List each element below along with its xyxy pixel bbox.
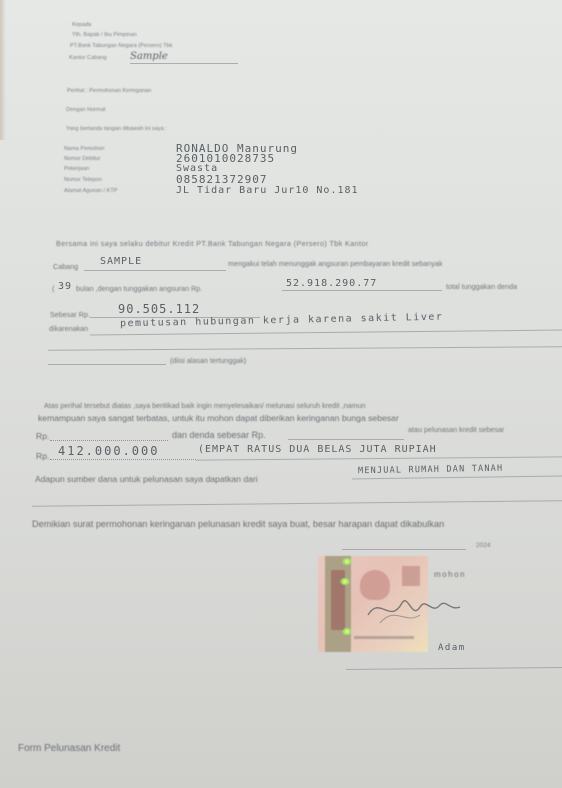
hologram-icon bbox=[342, 558, 352, 565]
atau-text: atau pelunasan kredit sebesar bbox=[408, 425, 504, 434]
recipient-line-2: Yth. Bapak / Ibu Pimpinan bbox=[72, 32, 137, 38]
field-label-occupation: Pekerjaan bbox=[64, 166, 89, 172]
source-label: Adapun sumber dana untuk pelunasan saya … bbox=[35, 474, 258, 484]
field-label-name: Nama Pemohon bbox=[64, 146, 104, 152]
statement-branch-underline bbox=[84, 270, 226, 271]
scanned-document: Kepada Yth. Bapak / Ibu Pimpinan PT.Bank… bbox=[0, 0, 562, 788]
closing-text: Demikian surat permohonan keringanan pel… bbox=[32, 519, 444, 529]
arrears-value: 52.918.290.77 bbox=[286, 278, 377, 289]
field-label-phone: Nomor Telepon bbox=[64, 177, 102, 183]
handwritten-signature bbox=[360, 585, 470, 635]
denda-label: dan denda sebesar Rp. bbox=[172, 430, 266, 440]
rp2-words: (EMPAT RATUS DUA BELAS JUTA RUPIAH bbox=[198, 444, 437, 455]
months-text: bulan ,dengan tunggakan angsuran Rp. bbox=[76, 284, 202, 293]
reason-hint: (diisi alasan tertunggak) bbox=[170, 356, 246, 365]
signature-line bbox=[346, 667, 562, 670]
request-line-2: kemampuan saya sangat terbatas, untuk it… bbox=[38, 413, 399, 423]
recipient-branch-value: Sample bbox=[130, 51, 168, 62]
greeting: Dengan Hormat bbox=[66, 107, 106, 113]
months-value: 39 bbox=[58, 281, 72, 292]
date-year: 2024 bbox=[476, 542, 490, 549]
statement-line-2: mengakui telah menunggak angsuran pembay… bbox=[228, 259, 443, 268]
field-label-debtor-number: Nomor Debitur bbox=[64, 156, 100, 162]
paper-edge-shadow bbox=[0, 0, 6, 140]
statement-branch-value: SAMPLE bbox=[100, 256, 142, 267]
reason-underline-3 bbox=[48, 364, 166, 365]
recipient-branch-label: Kantor Cabang bbox=[69, 55, 107, 61]
field-label-address: Alamat Agunan / KTP bbox=[64, 188, 117, 194]
source-underline-1 bbox=[352, 476, 562, 480]
signature-role: mohon bbox=[434, 570, 466, 579]
recipient-line-3: PT.Bank Tabungan Negara (Persero) Tbk bbox=[70, 43, 172, 49]
rp2-value: 412.000.000 bbox=[58, 444, 159, 458]
statement-line-1: Bersama ini saya selaku debitur Kredit P… bbox=[56, 239, 369, 248]
rp2-label: Rp. bbox=[36, 451, 49, 461]
rp2-words-underline bbox=[196, 456, 562, 460]
rp1-label: Rp. bbox=[36, 431, 49, 441]
denda-field[interactable] bbox=[288, 439, 404, 440]
stamp-square-mark bbox=[402, 566, 420, 586]
rp2-dots bbox=[50, 459, 196, 460]
hologram-icon bbox=[342, 628, 352, 635]
statement-branch-label: Cabang bbox=[53, 262, 78, 271]
source-underline-2 bbox=[32, 500, 562, 507]
subject-line: Perihal : Permohonan Keringanan bbox=[67, 88, 151, 94]
branch-underline bbox=[130, 63, 238, 64]
arrears-suffix: total tunggakan denda bbox=[446, 282, 517, 291]
signer-name: Adam bbox=[438, 643, 466, 653]
stamp-caption bbox=[354, 636, 414, 639]
penalty-label: Sebesar Rp. bbox=[50, 310, 90, 319]
recipient-line-1: Kepada bbox=[72, 22, 91, 28]
arrears-underline bbox=[282, 290, 442, 291]
reason-underline-1 bbox=[90, 330, 562, 336]
footer-form-title: Form Pelunasan Kredit bbox=[18, 743, 120, 754]
intro-text: Yang bertanda tangan dibawah ini saya : bbox=[66, 126, 167, 132]
source-value: MENJUAL RUMAH DAN TANAH bbox=[358, 464, 503, 477]
rp1-field[interactable] bbox=[50, 440, 168, 441]
reason-label: dikarenakan bbox=[49, 324, 88, 333]
penalty-value: 90.505.112 bbox=[118, 302, 200, 316]
field-value-address: JL Tidar Baru Jur10 No.181 bbox=[176, 185, 359, 196]
request-line-1: Atas perihal tersebut diatas ,saya berit… bbox=[44, 401, 366, 410]
date-underline bbox=[342, 549, 466, 550]
reason-underline-2 bbox=[48, 346, 562, 351]
hologram-icon bbox=[340, 578, 350, 585]
